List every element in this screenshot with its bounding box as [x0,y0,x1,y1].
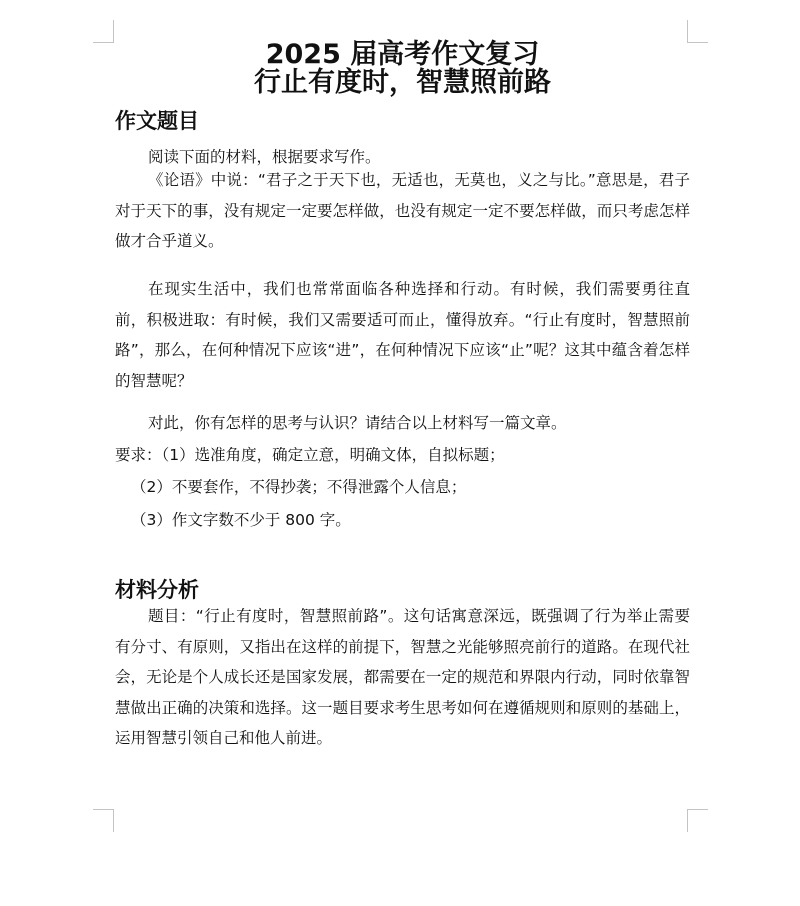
page-corner-mark-bottom-left [93,809,114,832]
prompt-paragraph-lunyu: 《论语》中说：“君子之于天下也，无适也，无莫也，义之与比。”意思是，君子对于天下… [115,165,690,257]
page-corner-mark-top-right [687,20,708,43]
document-title-line-2: 行止有度时，智慧照前路 [115,68,690,98]
requirement-1: 要求：（1）选准角度，确定立意，明确文体，自拟标题； [115,440,690,471]
requirement-3: （3）作文字数不少于 800 字。 [115,505,690,536]
prompt-paragraph-question: 对此，你有怎样的思考与认识？请结合以上材料写一篇文章。 [115,408,690,439]
page-corner-mark-top-left [93,20,114,43]
prompt-paragraph-reality: 在现实生活中，我们也常常面临各种选择和行动。有时候，我们需要勇往直前，积极进取：… [115,274,690,396]
document-title-line-1: 2025 届高考作文复习 [115,40,690,70]
analysis-paragraph: 题目：“行止有度时，智慧照前路”。这句话寓意深远，既强调了行为举止需要有分寸、有… [115,601,690,754]
page-corner-mark-bottom-right [687,809,708,832]
requirement-2: （2）不要套作，不得抄袭；不得泄露个人信息； [115,472,690,503]
section-heading-material-analysis: 材料分析 [115,577,199,603]
section-heading-essay-prompt: 作文题目 [115,108,199,134]
